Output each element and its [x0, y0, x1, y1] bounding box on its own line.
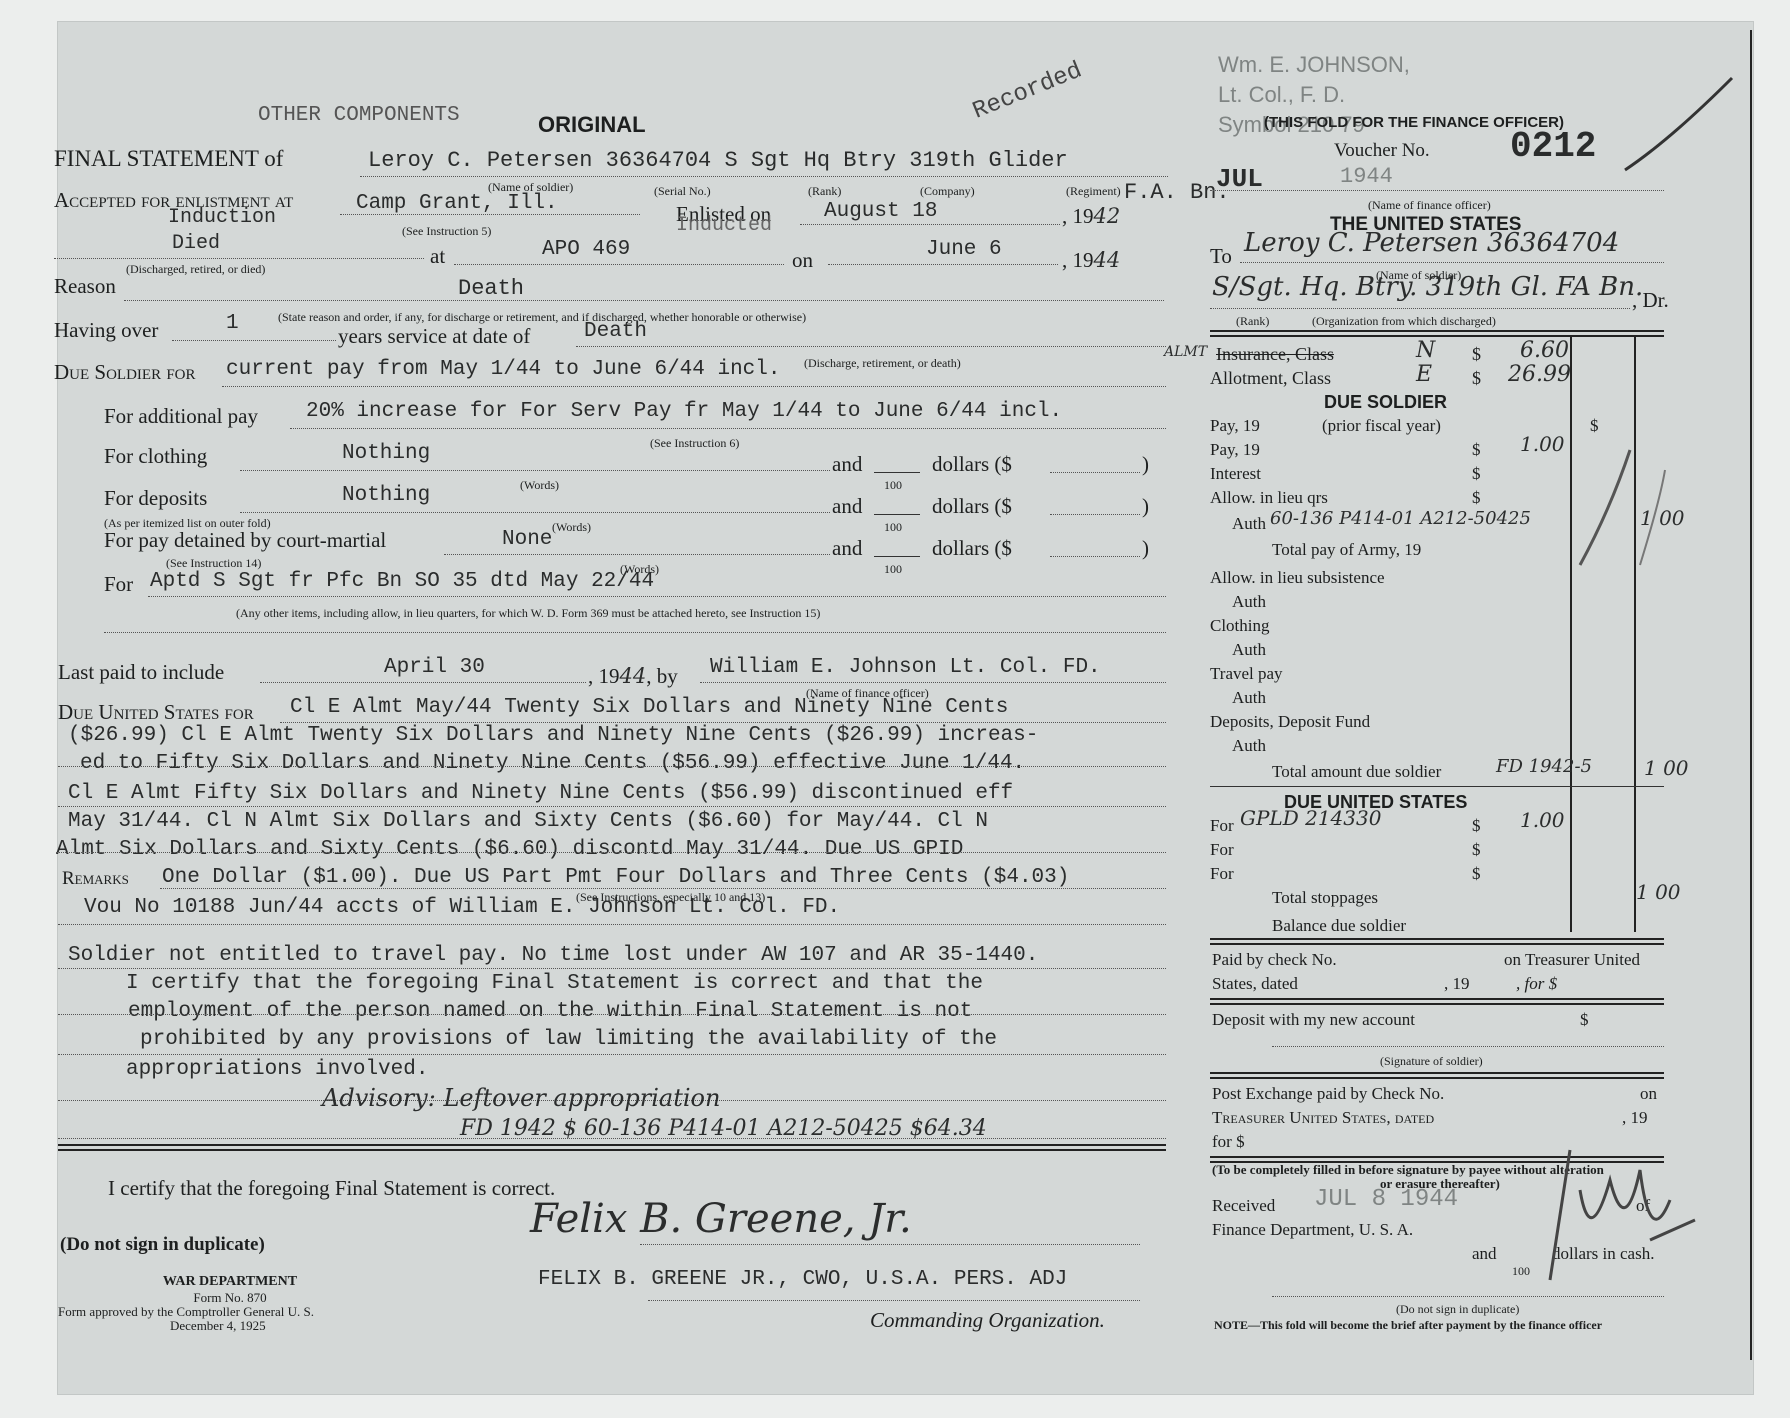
on-label: on: [792, 248, 813, 273]
certification-line: appropriations involved.: [126, 1058, 428, 1081]
check-mark-icon: [1620, 70, 1740, 180]
separation-caption: (Discharged, retired, or died): [126, 262, 265, 277]
soldier-signature-caption: (Signature of soldier): [1380, 1054, 1483, 1069]
balance-due-label: Balance due soldier: [1272, 916, 1406, 936]
for-label: For: [1210, 864, 1234, 884]
allotment-amount: 26.99: [1508, 362, 1571, 387]
hundred-label: 100: [884, 562, 902, 577]
on-treasurer-label: on Treasurer United: [1504, 950, 1640, 970]
auth-value: 60-136 P414-01 A212-50425: [1270, 508, 1531, 529]
prior-fiscal-year: (prior fiscal year): [1322, 416, 1441, 436]
finance-officer-name: William E. Johnson Lt. Col. FD.: [710, 656, 1101, 679]
auth-label: Auth: [1232, 688, 1266, 708]
hundred-label: 100: [884, 478, 902, 493]
close-paren: ): [1142, 536, 1149, 561]
war-department-label: WAR DEPARTMENT: [150, 1274, 310, 1290]
allotment-class: E: [1416, 362, 1432, 387]
dollars-label: dollars ($: [932, 494, 1012, 518]
finance-officer-stamp-title: Lt. Col., F. D.: [1218, 82, 1345, 108]
having-over-label: Having over: [54, 318, 158, 343]
see-instruction-14: (See Instruction 14): [166, 556, 261, 571]
allow-qrs-label: Allow. in lieu qrs: [1210, 488, 1328, 508]
total-due-handwritten: FD 1942-5: [1496, 756, 1592, 777]
total-stoppages-label: Total stoppages: [1272, 888, 1378, 908]
induction-typed: Induction: [168, 206, 276, 229]
insurance-class: N: [1416, 338, 1435, 363]
org-caption: (Organization from which discharged): [1312, 314, 1496, 329]
pay-prior-label: Pay, 19: [1210, 416, 1260, 436]
initials-scribble-icon: [1530, 1140, 1700, 1290]
finance-officer-caption: (Name of finance officer): [1368, 198, 1491, 213]
finance-department-label: Finance Department, U. S. A.: [1212, 1220, 1413, 1240]
clothing-value: Nothing: [342, 442, 430, 465]
auth-label: Auth: [1232, 592, 1266, 612]
deposits-label: For deposits: [104, 486, 207, 511]
pay-current-label: Pay, 19: [1210, 440, 1260, 460]
almt-prefix: ALMT: [1164, 344, 1207, 360]
court-martial-value: None: [502, 528, 552, 551]
caption-rank: (Rank): [808, 184, 841, 199]
words-caption: (Words): [552, 520, 591, 535]
deposit-new-account-label: Deposit with my new account: [1212, 1010, 1415, 1030]
due-us-line: Cl E Almt May/44 Twenty Six Dollars and …: [290, 696, 1008, 719]
by-label: , by: [646, 664, 678, 688]
enlistment-place: Camp Grant, Ill.: [356, 192, 558, 215]
fold-edge: [1750, 30, 1752, 1360]
dr-label: , Dr.: [1632, 288, 1669, 313]
soldier-line-cont: F.A. Bn.: [1124, 180, 1230, 205]
due-soldier-title: DUE SOLDIER: [1324, 392, 1447, 413]
separation-place: APO 469: [542, 238, 630, 261]
remarks-label: Remarks: [62, 868, 129, 889]
reason-caption: (State reason and order, if any, for dis…: [278, 310, 806, 325]
for-dollar-label: for $: [1212, 1132, 1245, 1152]
last-paid-label: Last paid to include: [58, 660, 224, 685]
due-us-line: ed to Fifty Six Dollars and Ninety Nine …: [80, 752, 1025, 775]
words-caption: (Words): [520, 478, 559, 493]
caption-regiment: (Regiment): [1066, 184, 1121, 199]
due-us-label: Due United States for: [58, 700, 254, 724]
travel-pay-label: Travel pay: [1210, 664, 1283, 684]
dollars-label: dollars ($: [932, 452, 1012, 476]
nineteen-label: , 19: [1444, 974, 1470, 994]
ledger-col-1: [1570, 336, 1572, 932]
dollars-label: dollars ($: [932, 536, 1012, 560]
on-label: on: [1640, 1084, 1657, 1104]
certification-line: I certify that the foregoing Final State…: [126, 972, 983, 995]
hundred-label: 100: [1512, 1264, 1530, 1279]
commanding-organization-label: Commanding Organization.: [870, 1308, 1105, 1333]
enlistment-date: August 18: [824, 200, 937, 223]
last-paid-year: 44: [620, 664, 647, 688]
commander-signature: Felix B. Greene, Jr.: [530, 1196, 912, 1242]
for-value: GPLD 214330: [1240, 806, 1381, 830]
total-due-label: Total amount due soldier: [1272, 762, 1441, 782]
check-mark-icon: [1570, 440, 1670, 570]
total-pay-army-label: Total pay of Army, 19: [1272, 540, 1421, 560]
dollar-sign: $: [1472, 840, 1481, 860]
rank-caption: (Rank): [1236, 314, 1269, 329]
treasurer-dated-label: Treasurer United States, dated: [1212, 1108, 1434, 1128]
certification-line: Soldier not entitled to travel pay. No t…: [68, 944, 1038, 967]
remarks-line: One Dollar ($1.00). Due US Part Pmt Four…: [162, 866, 1069, 889]
dollar-sign: $: [1472, 864, 1481, 884]
service-caption: (Discharge, retirement, or death): [804, 356, 961, 371]
auth-label: Auth: [1232, 736, 1266, 756]
years-service-label: years service at date of: [338, 324, 530, 349]
clothing-ledger-label: Clothing: [1210, 616, 1270, 636]
deposits-value: Nothing: [342, 484, 430, 507]
years-service: 1: [226, 312, 239, 335]
service-event: Death: [584, 320, 647, 343]
dollar-sign: $: [1580, 1010, 1589, 1030]
separation-type: Died: [172, 232, 220, 255]
payee-rank-org: S/Sgt. Hq. Btry. 319th Gl. FA Bn.: [1212, 272, 1643, 302]
due-soldier-label: Due Soldier for: [54, 360, 196, 384]
certification-line: employment of the person named on the wi…: [128, 1000, 972, 1023]
year-stamp: 1944: [1340, 164, 1393, 189]
received-date-stamp: JUL 8 1944: [1314, 1186, 1458, 1213]
nineteen-label: , 19: [1622, 1108, 1648, 1128]
dollar-sign: $: [1472, 344, 1481, 365]
voucher-label: Voucher No.: [1334, 140, 1430, 162]
at-label: at: [430, 244, 445, 269]
caption-company: (Company): [920, 184, 975, 199]
original-label: ORIGINAL: [538, 112, 646, 138]
received-label: Received: [1212, 1196, 1275, 1216]
fold-note: NOTE—This fold will become the brief aft…: [1214, 1318, 1602, 1333]
reason-label: Reason: [54, 274, 116, 299]
total-stoppages-amount: 1 00: [1636, 880, 1681, 904]
due-us-line: May 31/44. Cl N Almt Six Dollars and Six…: [68, 810, 988, 833]
states-dated-label: States, dated: [1212, 974, 1298, 994]
voucher-number: 0212: [1510, 126, 1596, 167]
handwritten-advisory: Advisory: Leftover appropriation: [322, 1084, 720, 1112]
last-paid-year-prefix: , 19: [588, 664, 620, 688]
inducted-typed: Inducted: [676, 214, 772, 237]
close-paren: ): [1142, 452, 1149, 477]
dollar-sign: $: [1472, 368, 1481, 389]
do-not-sign-note: (Do not sign in duplicate): [60, 1234, 265, 1256]
deposits-ledger-label: Deposits, Deposit Fund: [1210, 712, 1370, 732]
soldier-line: Leroy C. Petersen 36364704 S Sgt Hq Btry…: [368, 148, 1068, 173]
certify-statement: I certify that the foregoing Final State…: [108, 1176, 555, 1201]
paid-by-check-label: Paid by check No.: [1212, 950, 1337, 970]
see-instruction-5: (See Instruction 5): [402, 224, 491, 239]
enlist-year: 42: [1094, 204, 1121, 228]
for-dollar-label: , for $: [1516, 974, 1557, 994]
due-us-line: ($26.99) Cl E Almt Twenty Six Dollars an…: [68, 724, 1038, 747]
commander-typed-name: FELIX B. GREENE JR., CWO, U.S.A. PERS. A…: [538, 1268, 1067, 1291]
section-divider: [58, 1144, 1166, 1151]
current-pay: current pay from May 1/44 to June 6/44 i…: [226, 358, 781, 381]
other-items-caption: (Any other items, including allow, in li…: [236, 606, 820, 621]
for-amount: 1.00: [1520, 808, 1565, 832]
separation-date: June 6: [926, 238, 1002, 261]
enlist-year-prefix: , 19: [1062, 204, 1094, 228]
payee-name: Leroy C. Petersen 36364704: [1244, 228, 1619, 258]
see-instruction-6: (See Instruction 6): [650, 436, 739, 451]
remarks-caption: (See Instructions, especially 10 and 13): [576, 890, 765, 905]
allotment-label: Allotment, Class: [1210, 368, 1331, 389]
dollar-sign: $: [1590, 416, 1599, 436]
total-due-amount: 1 00: [1644, 756, 1689, 780]
insurance-amount: 6.60: [1520, 338, 1569, 363]
and-label: and: [1472, 1244, 1497, 1264]
insurance-label: Insurance, Class: [1216, 344, 1334, 364]
ledger-col-2: [1634, 336, 1636, 932]
sep-year: 44: [1094, 248, 1121, 272]
finance-officer-stamp: Wm. E. JOHNSON,: [1218, 52, 1410, 78]
other-items-value: Aptd S Sgt fr Pfc Bn SO 35 dtd May 22/44: [150, 570, 654, 593]
form-approved-date: December 4, 1925: [170, 1318, 266, 1334]
certification-line: prohibited by any provisions of law limi…: [140, 1028, 997, 1051]
to-label: To: [1210, 244, 1232, 269]
auth-label: Auth: [1232, 514, 1266, 534]
interest-label: Interest: [1210, 464, 1261, 484]
dollar-sign: $: [1472, 464, 1481, 484]
other-items-label: For: [104, 572, 133, 597]
dollar-sign: $: [1472, 488, 1481, 508]
caption-serial: (Serial No.): [654, 184, 711, 199]
sep-year-prefix: , 19: [1062, 248, 1094, 272]
px-paid-label: Post Exchange paid by Check No.: [1212, 1084, 1444, 1104]
additional-pay-value: 20% increase for For Serv Pay fr May 1/4…: [306, 400, 1062, 423]
final-statement-label: FINAL STATEMENT of: [54, 146, 283, 172]
for-label: For: [1210, 840, 1234, 860]
do-not-sign-note-fold: (Do not sign in duplicate): [1396, 1302, 1519, 1317]
and-label: and: [832, 536, 862, 561]
allow-subsistence-label: Allow. in lieu subsistence: [1210, 568, 1385, 588]
clothing-label: For clothing: [104, 444, 207, 469]
reason-value: Death: [458, 276, 524, 301]
additional-pay-label: For additional pay: [104, 404, 258, 429]
and-label: and: [832, 452, 862, 477]
close-paren: ): [1142, 494, 1149, 519]
court-martial-label: For pay detained by court-martial: [104, 528, 386, 553]
dollar-sign: $: [1472, 816, 1481, 836]
due-us-line: Cl E Almt Fifty Six Dollars and Ninety N…: [68, 782, 1013, 805]
last-paid-date: April 30: [384, 656, 485, 679]
other-components-stamp: OTHER COMPONENTS: [258, 104, 460, 127]
dollar-sign: $: [1472, 440, 1481, 460]
pay-current-amount: 1.00: [1520, 432, 1565, 456]
due-us-line: Almt Six Dollars and Sixty Cents ($6.60)…: [56, 838, 963, 861]
auth-label: Auth: [1232, 640, 1266, 660]
for-label: For: [1210, 816, 1234, 836]
hundred-label: 100: [884, 520, 902, 535]
and-label: and: [832, 494, 862, 519]
